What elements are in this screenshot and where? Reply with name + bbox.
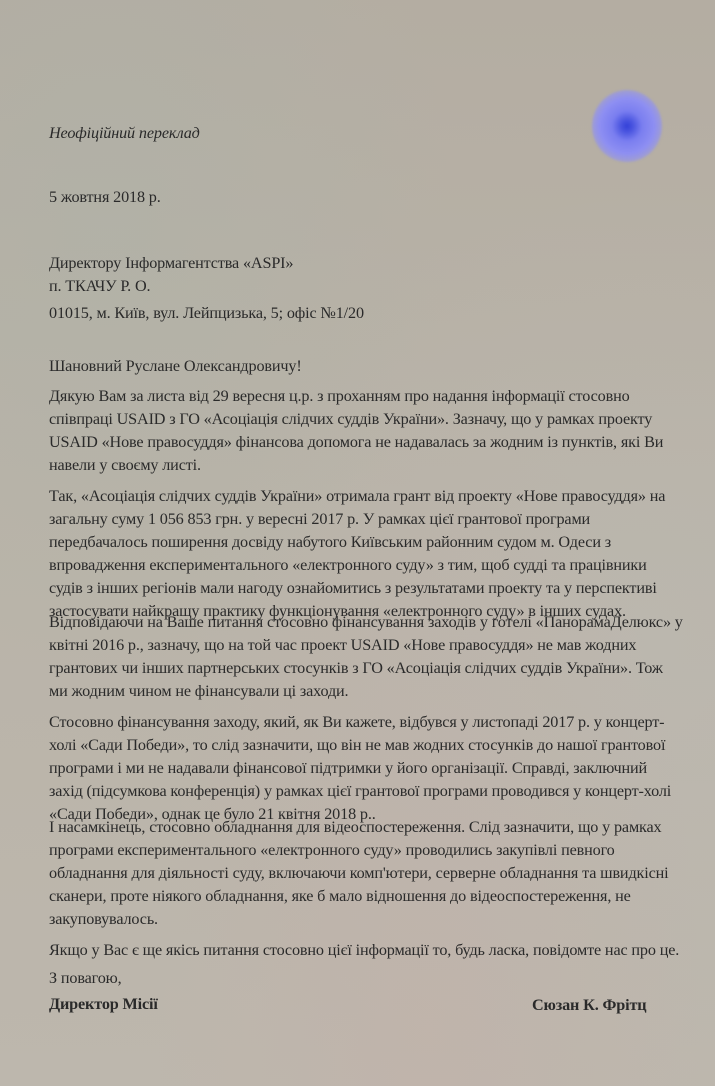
paragraph-5-line: програми експериментального «електронног… <box>49 840 615 860</box>
paragraph-2-line: Так, «Асоціація слідчих суддів України» … <box>49 486 665 506</box>
paragraph-1-line: співпраці USAID з ГО «Асоціація слідчих … <box>49 409 652 429</box>
paragraph-2-line: передбачалось поширення досвіду набутого… <box>49 532 611 552</box>
paragraph-3-line: грантових чи інших партнерських стосункі… <box>49 658 663 678</box>
paragraph-2-line: загальну суму 1 056 853 грн. у вересні 2… <box>49 509 590 529</box>
signature-name: Сюзан К. Фрітц <box>532 995 646 1015</box>
salutation: Шановний Руслане Олександровичу! <box>49 356 302 376</box>
closing: З повагою, <box>49 968 122 988</box>
paragraph-4-line: холі «Сади Победи», то слід зазначити, щ… <box>49 735 665 755</box>
signature-title: Директор Місії <box>49 994 158 1014</box>
recipient-address: 01015, м. Київ, вул. Лейпцизька, 5; офіс… <box>49 303 364 323</box>
paragraph-4-line: захід (підсумкова конференція) у рамках … <box>49 781 671 801</box>
paragraph-1-line: Дякую Вам за листа від 29 вересня ц.р. з… <box>49 386 630 406</box>
paragraph-6-line: Якщо у Вас є ще якісь питання стосовно ц… <box>49 940 679 960</box>
paragraph-4-line: програми і ми не надавали фінансової під… <box>49 758 647 778</box>
paragraph-1-line: USAID «Нове правосуддя» фінансова допомо… <box>49 432 663 452</box>
paragraph-3-line: ми жодним чином не фінансували ці заходи… <box>49 681 348 701</box>
paragraph-2-line: впровадження експериментального «електро… <box>49 555 647 575</box>
paragraph-1-line: навели у своєму листі. <box>49 455 201 475</box>
letter-page: Неофіційний переклад 5 жовтня 2018 р. Ди… <box>0 0 715 1086</box>
unofficial-translation-note: Неофіційний переклад <box>49 123 200 143</box>
letter-date: 5 жовтня 2018 р. <box>49 187 161 207</box>
recipient-line-1: Директору Інформагентства «ASPI» <box>49 253 293 273</box>
paragraph-5-line: сканери, проте ніякого обладнання, яке б… <box>49 886 631 906</box>
paragraph-2-line: судів з інших регіонів мали нагоду ознай… <box>49 578 657 598</box>
paragraph-3-line: квітні 2016 р., зазначу, що на той час п… <box>49 635 636 655</box>
paragraph-5-line: обладнання для діяльності суду, включаюч… <box>49 863 669 883</box>
paragraph-5-line: закуповувалось. <box>49 909 158 929</box>
recipient-line-2: п. ТКАЧУ Р. О. <box>49 276 150 296</box>
paragraph-5-line: І насамкінець, стосовно обладнання для в… <box>49 817 662 837</box>
paragraph-4-line: Стосовно фінансування заходу, який, як В… <box>49 712 664 732</box>
paragraph-3-line: Відповідаючи на Ваше питання стосовно фі… <box>49 612 683 632</box>
light-glare-spot <box>592 90 662 162</box>
